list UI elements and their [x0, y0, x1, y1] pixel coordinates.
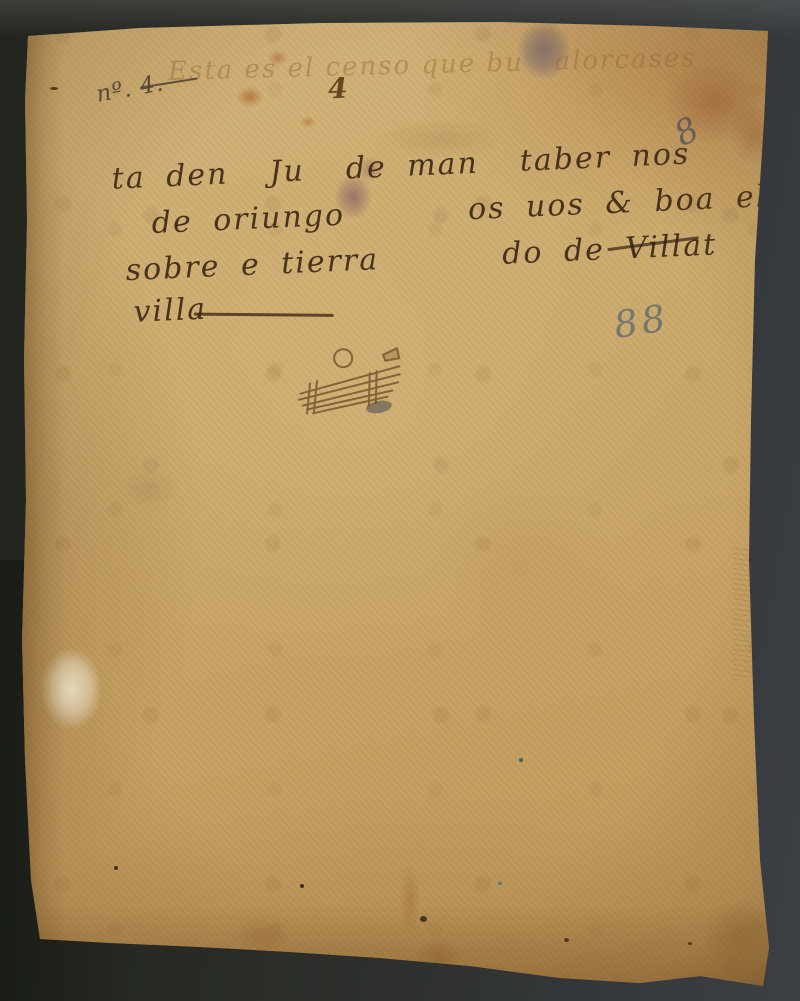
parchment-page: Esta es el censo que bu alorcases nº. 4.…: [0, 0, 800, 1001]
page-vignette: [0, 0, 800, 1001]
photo-background: Esta es el censo que bu alorcases nº. 4.…: [0, 0, 800, 1001]
